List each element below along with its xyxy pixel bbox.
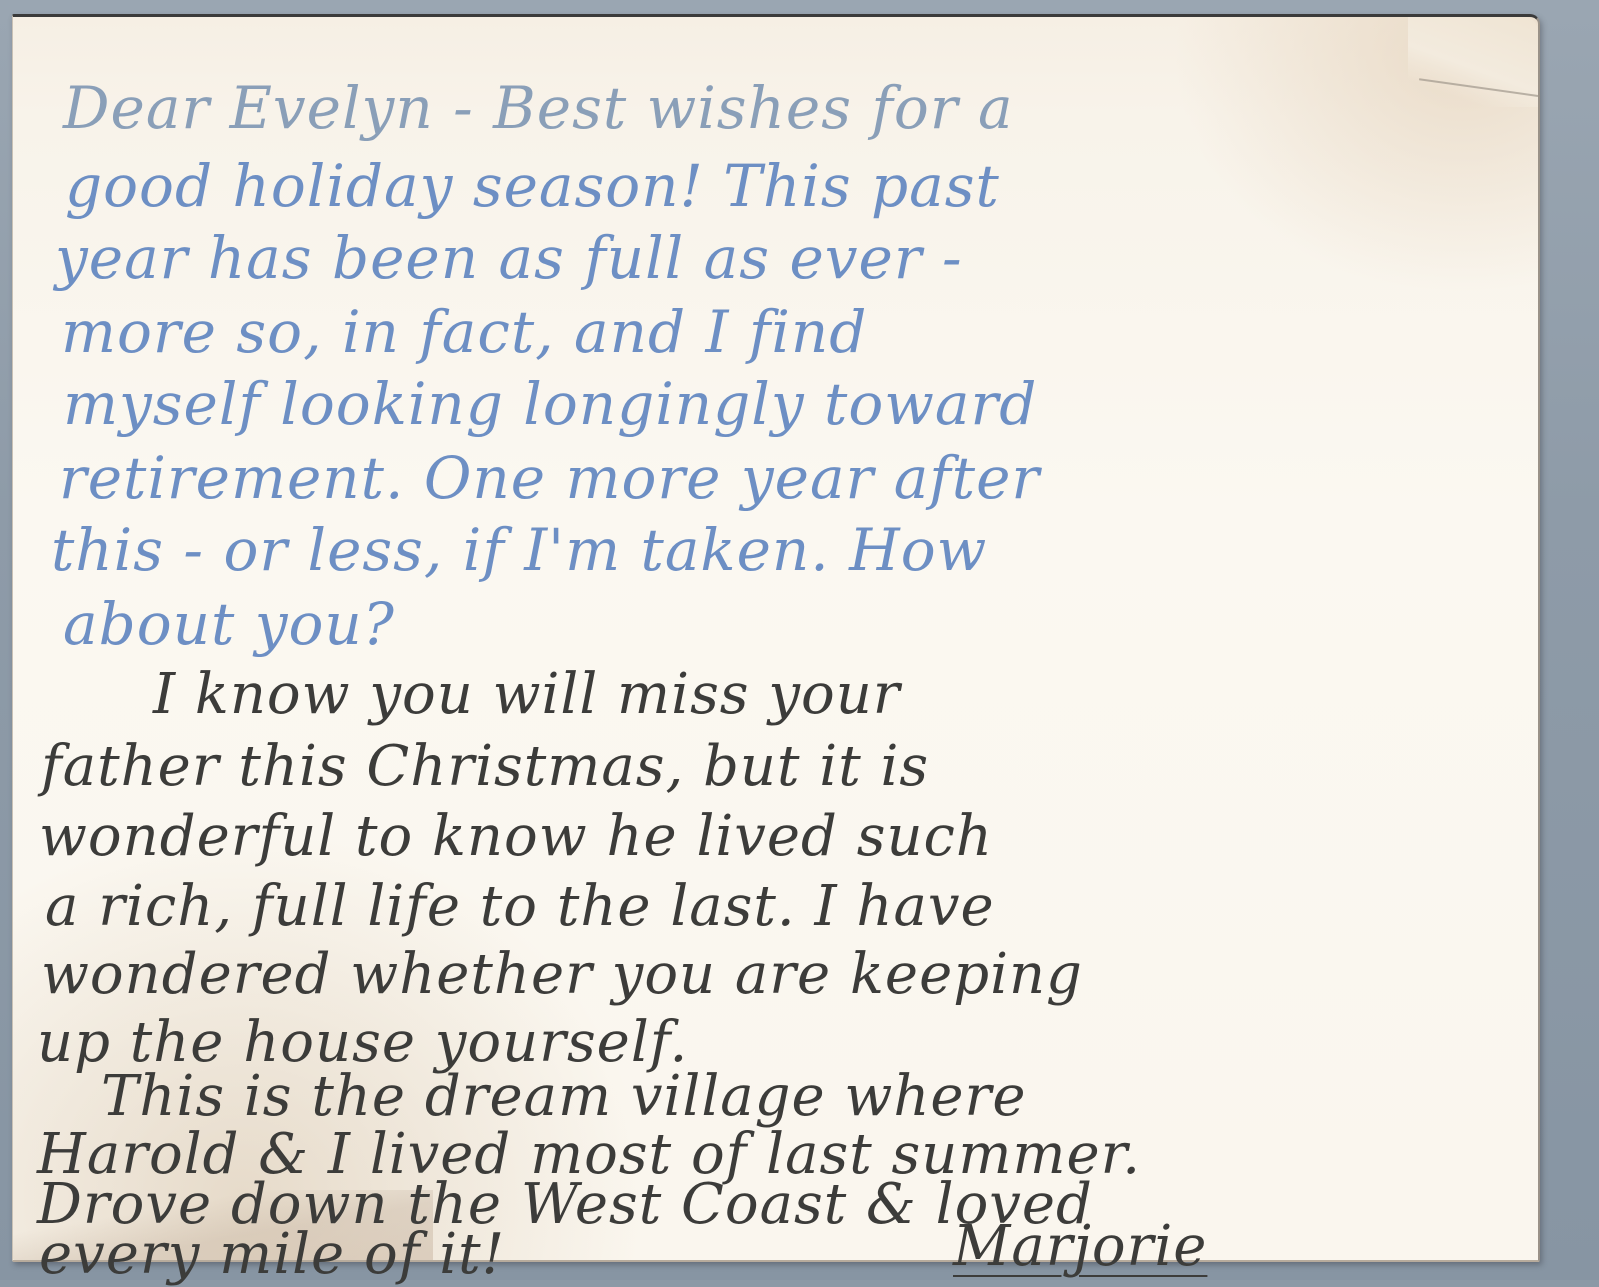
blue-line-5: myself looking longingly toward xyxy=(63,375,1037,433)
pencil-line-6: up the house yourself. xyxy=(37,1015,688,1071)
blue-line-4: more so, in fact, and I find xyxy=(61,303,867,361)
blue-line-8: about you? xyxy=(63,595,395,653)
pencil-line-3: wonderful to know he lived such xyxy=(39,809,993,865)
pencil-line-1: I know you will miss your xyxy=(153,667,901,723)
blue-line-6: retirement. One more year after xyxy=(59,449,1040,507)
pencil-line-10: every mile of it! xyxy=(39,1227,505,1280)
postcard: Dear Evelyn - Best wishes for a good hol… xyxy=(12,14,1540,1262)
signature: Marjorie xyxy=(953,1219,1207,1275)
pencil-line-7: This is the dream village where xyxy=(101,1069,1026,1125)
blue-line-2: good holiday season! This past xyxy=(65,157,1000,215)
blue-line-7: this - or less, if I'm taken. How xyxy=(51,521,987,579)
pencil-line-5: wondered whether you are keeping xyxy=(41,947,1083,1003)
pencil-line-4: a rich, full life to the last. I have xyxy=(45,879,995,935)
blue-line-1: Dear Evelyn - Best wishes for a xyxy=(63,79,1014,137)
pencil-line-2: father this Christmas, but it is xyxy=(41,739,929,795)
blue-line-3: year has been as full as ever - xyxy=(55,229,963,287)
letter-body: Dear Evelyn - Best wishes for a good hol… xyxy=(13,17,1538,1260)
